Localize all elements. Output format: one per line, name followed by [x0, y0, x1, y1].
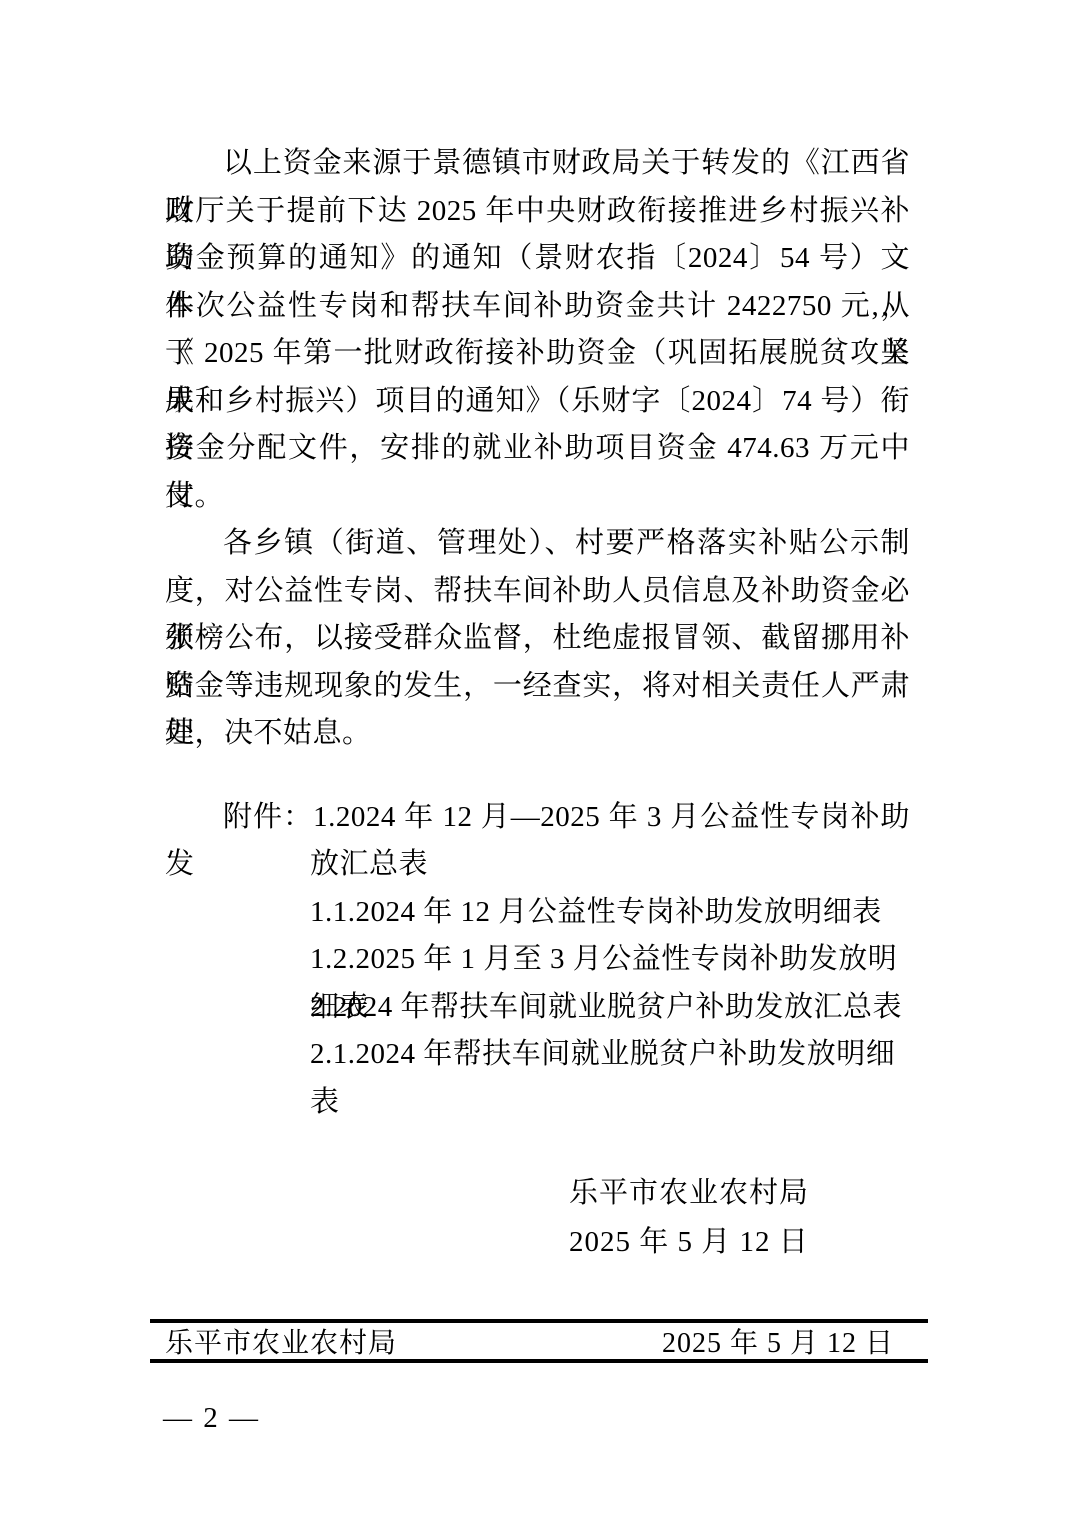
footer-rule-band: 乐平市农业农村局 2025 年 5 月 12 日: [150, 1319, 928, 1363]
signature-org: 乐平市农业农村局: [569, 1169, 910, 1218]
document-text-block: 以上资金来源于景德镇市财政局关于转发的《江西省财 政厅关于提前下达 2025 年…: [165, 140, 910, 1267]
attachment-line: 2.2024 年帮扶车间就业脱贫户补助发放汇总表: [165, 984, 910, 1032]
body-text-line: 政厅关于提前下达 2025 年中央财政衔接推进乡村振兴补助: [165, 188, 910, 236]
body-text-line: 资金分配文件，安排的就业补助项目资金 474.63 万元中支: [165, 425, 910, 473]
attachment-list: 附件：1.2024 年 12 月—2025 年 3 月公益性专岗补助发 放汇总表…: [165, 794, 910, 1079]
attachment-line: 附件：1.2024 年 12 月—2025 年 3 月公益性专岗补助发: [165, 794, 910, 842]
body-text-line: 于 2025 年第一批财政衔接补助资金（巩固拓展脱贫攻坚成: [165, 330, 910, 378]
page-number: — 2 —: [163, 1396, 260, 1440]
body-text-line: 果和乡村振兴）项目的通知》（乐财字〔2024〕74 号）衔接: [165, 378, 910, 426]
body-paragraphs: 以上资金来源于景德镇市财政局关于转发的《江西省财 政厅关于提前下达 2025 年…: [165, 140, 910, 758]
body-text-line: 资金等违规现象的发生，一经查实，将对相关责任人严肃处: [165, 663, 910, 711]
body-text-line: 度，对公益性专岗、帮扶车间补助人员信息及补助资金必须: [165, 568, 910, 616]
body-text-line: 以上资金来源于景德镇市财政局关于转发的《江西省财: [165, 140, 910, 188]
signature-date: 2025 年 5 月 12 日: [569, 1218, 910, 1267]
body-text-line: 付。: [165, 473, 910, 521]
body-text-line: 各乡镇（街道、管理处）、村要严格落实补贴公示制: [165, 520, 910, 568]
attachment-line: 放汇总表: [165, 841, 910, 889]
body-text-line: 资金预算的通知》的通知（景财农指〔2024〕54 号）文件，: [165, 235, 910, 283]
attachment-line: 1.2.2025 年 1 月至 3 月公益性专岗补助发放明细表: [165, 936, 910, 984]
attachment-line: 1.1.2024 年 12 月公益性专岗补助发放明细表: [165, 889, 910, 937]
body-text-line: 理，决不姑息。: [165, 710, 910, 758]
body-text-line: 本次公益性专岗和帮扶车间补助资金共计 2422750 元,从《关: [165, 283, 910, 331]
document-page: 以上资金来源于景德镇市财政局关于转发的《江西省财 政厅关于提前下达 2025 年…: [0, 0, 1074, 1520]
footer-date: 2025 年 5 月 12 日: [662, 1321, 894, 1361]
attachment-line: 2.1.2024 年帮扶车间就业脱贫户补助发放明细表: [165, 1031, 910, 1079]
body-text-line: 张榜公布，以接受群众监督，杜绝虚报冒领、截留挪用补贴: [165, 615, 910, 663]
footer-org: 乐平市农业农村局: [165, 1321, 397, 1361]
signature-block: 乐平市农业农村局 2025 年 5 月 12 日: [569, 1169, 910, 1267]
